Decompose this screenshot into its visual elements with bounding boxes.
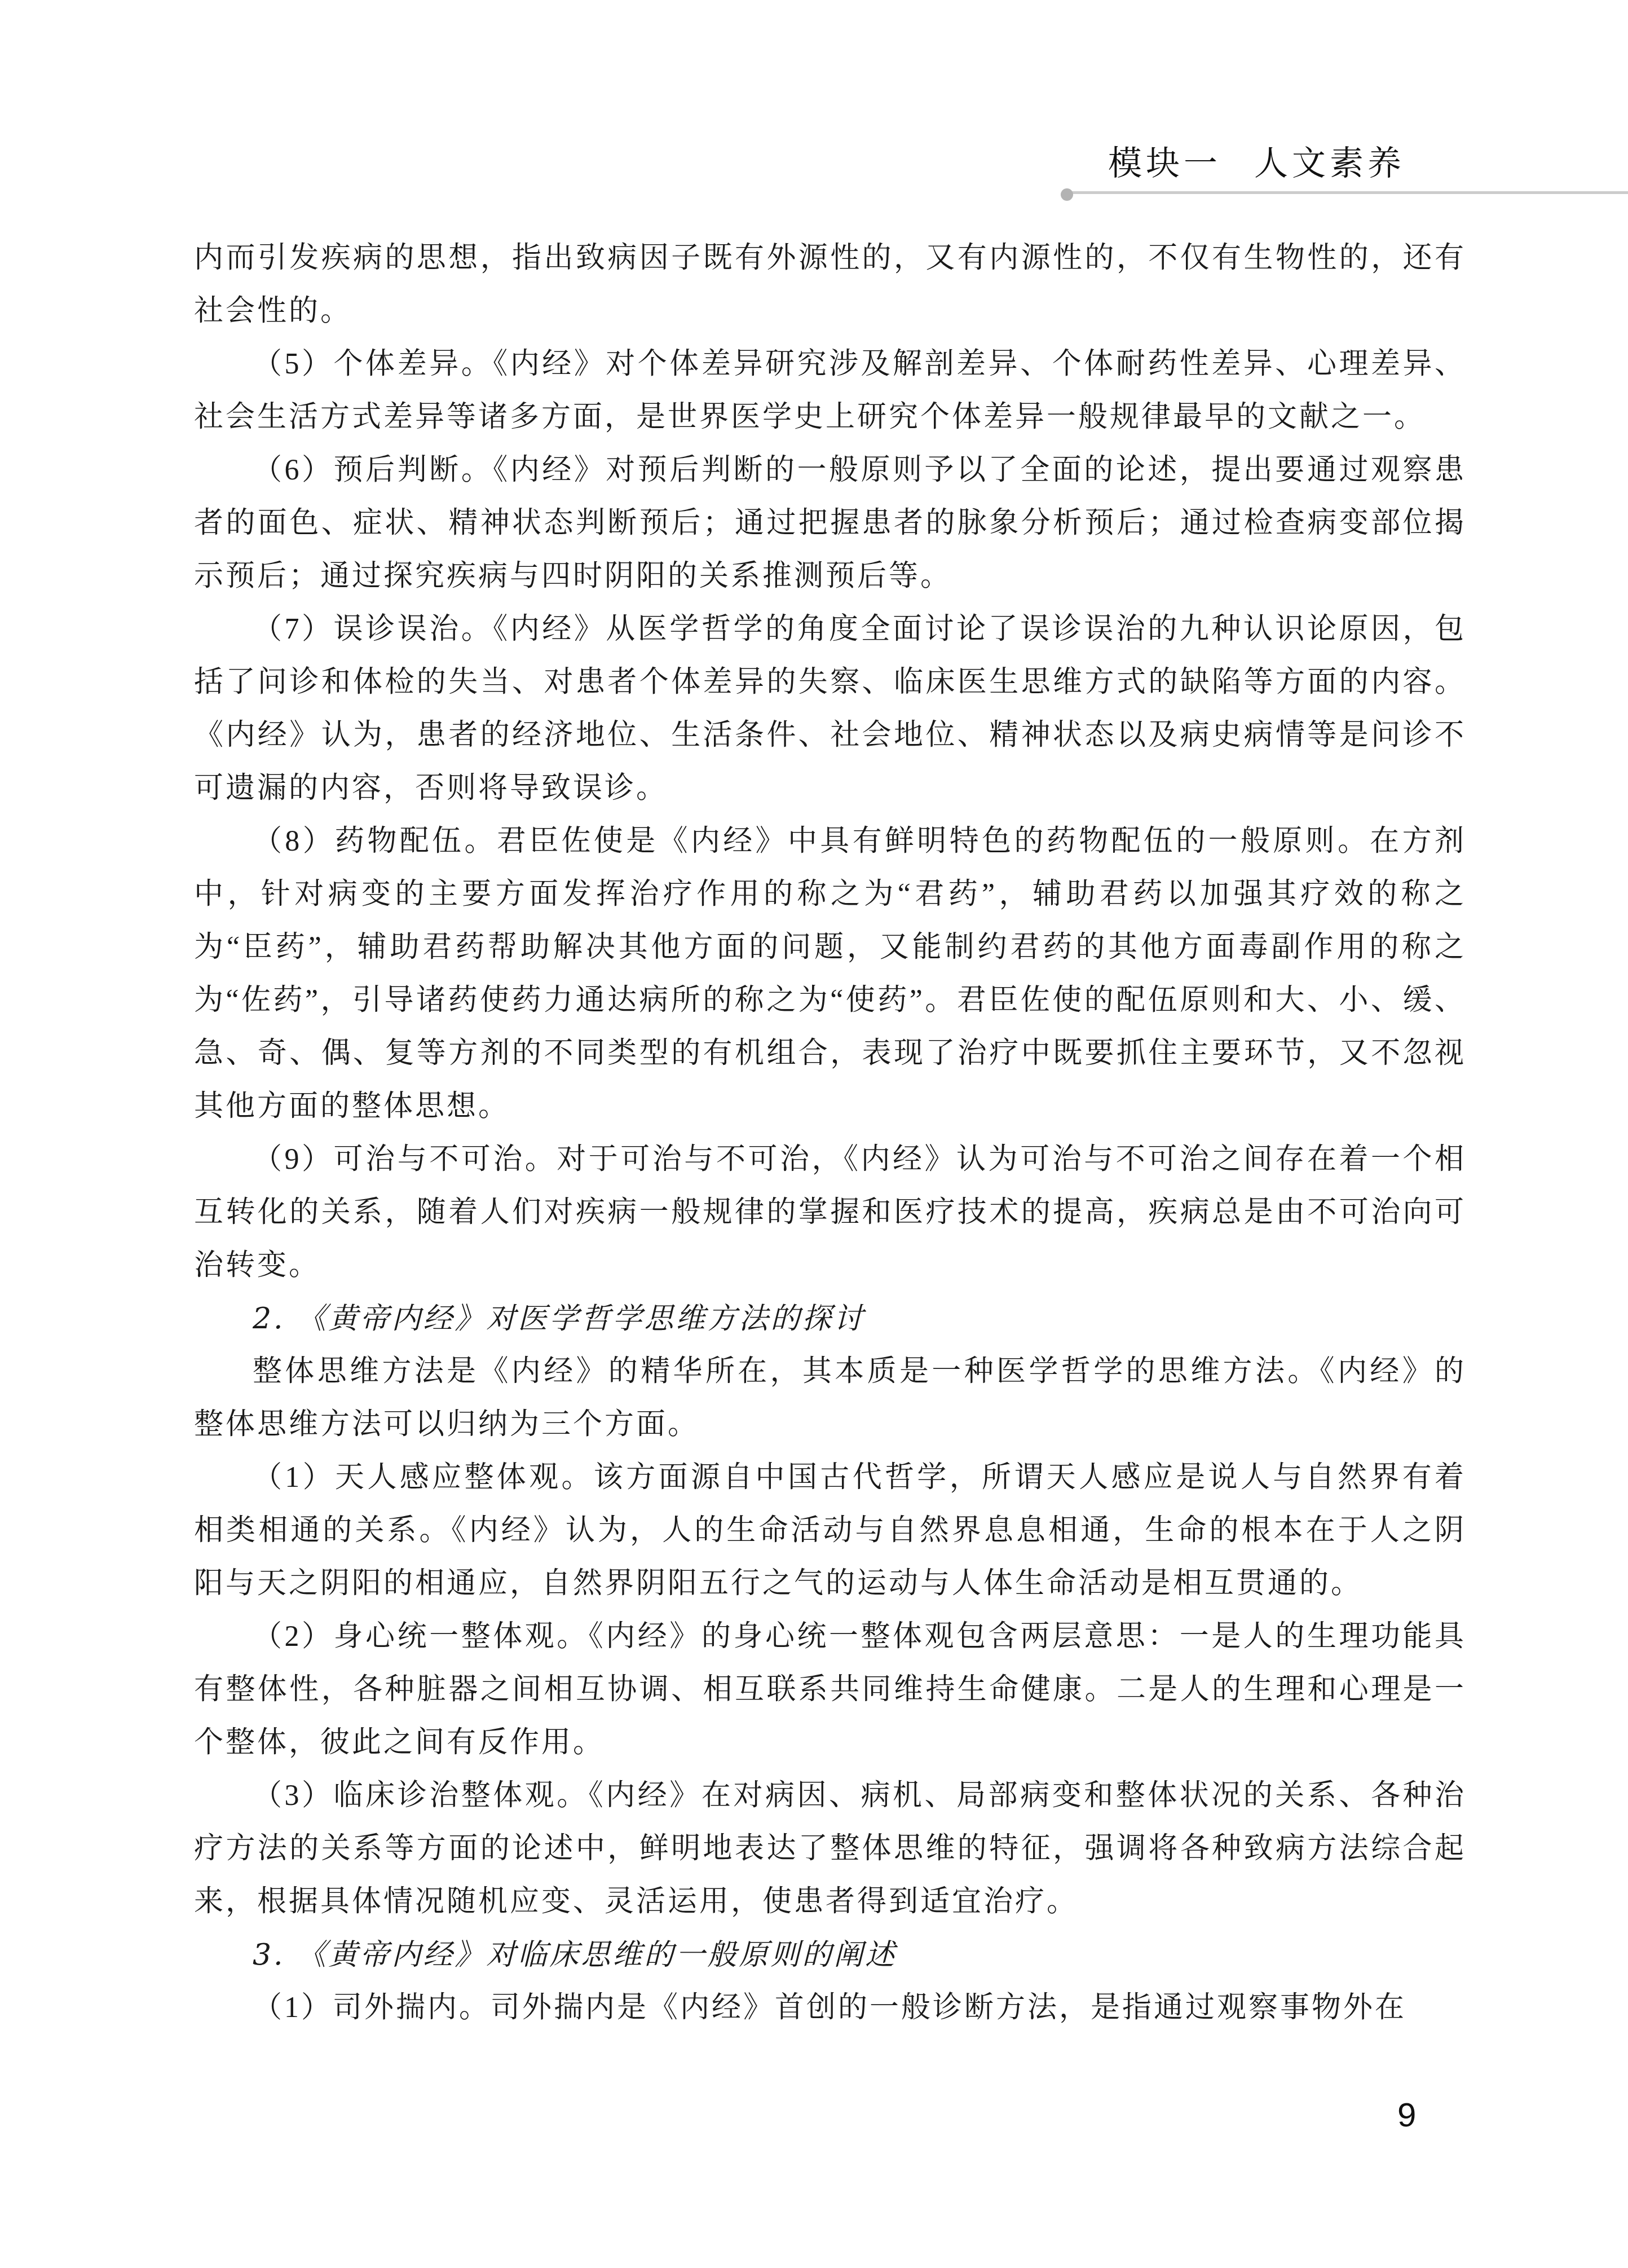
paragraph: （2）身心统一整体观。《内经》的身心统一整体观包含两层意思：一是人的生理功能具有…: [194, 1610, 1466, 1769]
paragraph: 内而引发疾病的思想，指出致病因子既有外源性的，又有内源性的，不仅有生物性的，还有…: [194, 232, 1466, 338]
running-header: 模块一 人文素养: [1108, 146, 1405, 182]
section-heading: 2. 《黄帝内经》对医学哲学思维方法的探讨: [194, 1292, 1466, 1345]
header-rule: [1067, 191, 1628, 194]
paragraph: （1）天人感应整体观。该方面源自中国古代哲学，所谓天人感应是说人与自然界有着相类…: [194, 1451, 1466, 1610]
paragraph: （8）药物配伍。君臣佐使是《内经》中具有鲜明特色的药物配伍的一般原则。在方剂中，…: [194, 815, 1466, 1133]
paragraph: （9）可治与不可治。对于可治与不可治，《内经》认为可治与不可治之间存在着一个相互…: [194, 1133, 1466, 1292]
paragraph: 整体思维方法是《内经》的精华所在，其本质是一种医学哲学的思维方法。《内经》的整体…: [194, 1345, 1466, 1451]
header-section-label: 人文素养: [1254, 146, 1405, 182]
document-page: 模块一 人文素养 内而引发疾病的思想，指出致病因子既有外源性的，又有内源性的，不…: [0, 0, 1628, 2268]
paragraph: （5）个体差异。《内经》对个体差异研究涉及解剖差异、个体耐药性差异、心理差异、社…: [194, 338, 1466, 444]
paragraph: （3）临床诊治整体观。《内经》在对病因、病机、局部病变和整体状况的关系、各种治疗…: [194, 1769, 1466, 1928]
header-rule-dot: [1061, 188, 1073, 201]
page-body: 内而引发疾病的思想，指出致病因子既有外源性的，又有内源性的，不仅有生物性的，还有…: [194, 232, 1466, 2034]
section-heading: 3. 《黄帝内经》对临床思维的一般原则的阐述: [194, 1928, 1466, 1981]
paragraph: （1）司外揣内。司外揣内是《内经》首创的一般诊断方法，是指通过观察事物外在: [194, 1981, 1466, 2034]
paragraph: （7）误诊误治。《内经》从医学哲学的角度全面讨论了误诊误治的九种认识论原因，包括…: [194, 603, 1466, 815]
page-number: 9: [1397, 2097, 1416, 2133]
paragraph: （6）预后判断。《内经》对预后判断的一般原则予以了全面的论述，提出要通过观察患者…: [194, 444, 1466, 603]
header-module-label: 模块一: [1108, 146, 1221, 182]
